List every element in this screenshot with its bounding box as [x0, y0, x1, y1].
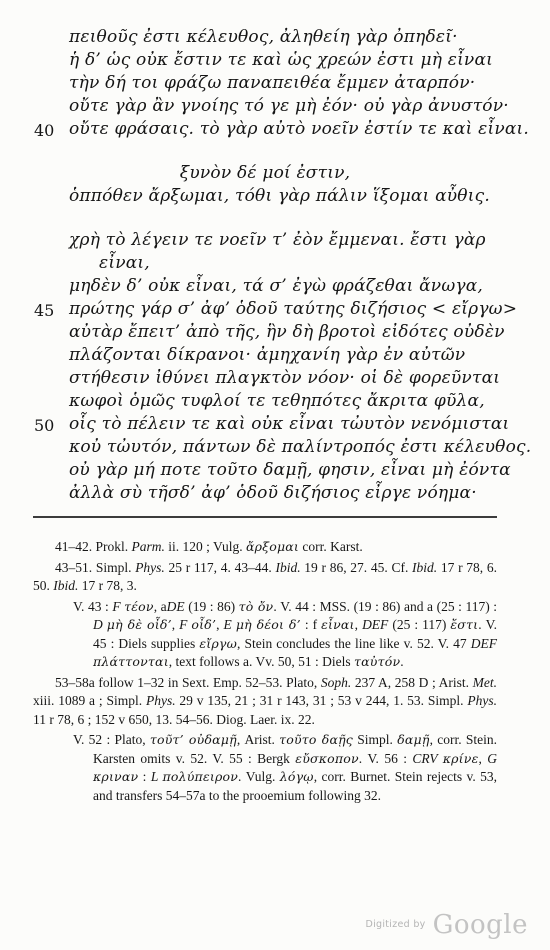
- apparatus-text: . V. 56 :: [359, 751, 413, 766]
- italic-citation-text: Phys.: [467, 693, 497, 708]
- apparatus-text: 19 r 86, 27. 45. Cf.: [301, 560, 412, 575]
- verse-line: οὐ γὰρ μή ποτε τοῦτο δαμῇ, φησιν, εἶναι …: [33, 459, 497, 482]
- verse-line-text: χρὴ τὸ λέγειν τε νοεῖν τ’ ἐὸν ἔμμεναι. ἔ…: [69, 230, 486, 250]
- apparatus-text: 11 r 78, 6 ; 152 v 650, 13. 54–56. Diog.…: [33, 712, 315, 727]
- verse-line: οὔτε γὰρ ἂν γνοίης τό γε μὴ ἐόν· οὐ γὰρ …: [33, 95, 497, 118]
- apparatus-text: .: [400, 654, 403, 669]
- greek-word: τοῦτο δαῇς: [279, 732, 353, 747]
- apparatus-text: V. 43 :: [73, 599, 112, 614]
- apparatus-text: , Stein concludes the line like v. 52. V…: [237, 636, 471, 651]
- greek-word: λόγῳ: [280, 769, 314, 784]
- apparatus-text: 17 r 78, 3.: [78, 578, 137, 593]
- italic-citation-text: DEF: [362, 617, 388, 632]
- verse-line-text: ἡ δ’ ὡς οὐκ ἔστιν τε καὶ ὡς χρεών ἐστι μ…: [69, 50, 493, 70]
- greek-word: τὸ ὄν: [239, 599, 274, 614]
- apparatus-text: V. 52 : Plato,: [73, 732, 150, 747]
- apparatus-text: ,: [355, 617, 362, 632]
- italic-citation-text: F: [112, 599, 124, 614]
- italic-citation-text: CRV: [412, 751, 442, 766]
- apparatus-text: Simpl.: [353, 732, 397, 747]
- verse-line-text: στήθεσιν ἰθύνει πλαγκτὸν νόον· οἱ δὲ φορ…: [69, 368, 500, 388]
- apparatus-text: 43–51. Simpl.: [55, 560, 135, 575]
- verse-line-text: πρώτης γάρ σ’ ἀφ’ ὁδοῦ ταύτης διζήσιος <…: [69, 299, 517, 319]
- greek-word: κριναν: [93, 769, 138, 784]
- apparatus-text: xiii. 1089 a ; Simpl.: [33, 693, 146, 708]
- italic-citation-text: Ibid.: [412, 560, 437, 575]
- apparatus-text: 53–58a follow 1–32 in Sext. Emp. 52–53. …: [55, 675, 321, 690]
- verse-line-text: κοὐ τὠυτόν, πάντων δὲ παλίντροπός ἐστι κ…: [69, 437, 531, 457]
- verse-line: κωφοὶ ὁμῶς τυφλοί τε τεθηπότες ἄκριτα φῦ…: [33, 390, 497, 413]
- italic-citation-text: DE: [167, 599, 185, 614]
- italic-citation-text: DEF: [471, 636, 497, 651]
- greek-word: κρίνε: [443, 751, 479, 766]
- apparatus-note-block: V. 52 : Plato, τοῦτ’ οὐδαμῇ, Arist. τοῦτ…: [93, 731, 497, 805]
- google-logo-text: Google: [433, 910, 528, 940]
- verse-line: αὐτὰρ ἔπειτ’ ἀπὸ τῆς, ἣν δὴ βροτοὶ εἰδότ…: [33, 321, 497, 344]
- apparatus-citation-block: 43–51. Simpl. Phys. 25 r 117, 4. 43–44. …: [33, 559, 497, 596]
- verse-line: στήθεσιν ἰθύνει πλαγκτὸν νόον· οἱ δὲ φορ…: [33, 367, 497, 390]
- verse-line-text: αὐτὰρ ἔπειτ’ ἀπὸ τῆς, ἣν δὴ βροτοὶ εἰδότ…: [69, 322, 505, 342]
- verse-line-text: οὐ γὰρ μή ποτε τοῦτο δαμῇ, φησιν, εἶναι …: [69, 460, 511, 480]
- verse-line-number: 40: [34, 119, 54, 142]
- apparatus-text: 25 r 117, 4. 43–44.: [165, 560, 276, 575]
- digitized-by-text: Digitized by: [365, 919, 425, 930]
- italic-citation-text: Phys.: [146, 693, 176, 708]
- italic-citation-text: Met.: [473, 675, 497, 690]
- greek-word: τοῦτ’ οὐδαμῇ: [150, 732, 237, 747]
- verse-line-text: πλάζονται δίκρανοι· ἀμηχανίη γὰρ ἐν αὐτῶ…: [69, 345, 465, 365]
- verse-line: κοὐ τὠυτόν, πάντων δὲ παλίντροπός ἐστι κ…: [33, 436, 497, 459]
- greek-word: δαμῇ: [397, 732, 429, 747]
- apparatus-note-block: V. 43 : F τέον, aDE (19 : 86) τὸ ὄν. V. …: [93, 598, 497, 672]
- italic-citation-text: Ibid.: [275, 560, 300, 575]
- italic-citation-text: Ibid.: [53, 578, 78, 593]
- apparatus-citation-block: 41–42. Prokl. Parm. ii. 120 ; Vulg. ἄρξο…: [33, 538, 497, 557]
- italic-citation-text: D: [93, 617, 107, 632]
- verse-line: χρὴ τὸ λέγειν τε νοεῖν τ’ ἐὸν ἔμμεναι. ἔ…: [33, 229, 497, 252]
- apparatus-text: (25 : 117): [388, 617, 450, 632]
- verse-line-text: οὔτε γὰρ ἂν γνοίης τό γε μὴ ἐόν· οὐ γὰρ …: [69, 96, 509, 116]
- apparatus-text: . V. 44 : MSS. (19 : 86) and a (25 : 117…: [273, 599, 497, 614]
- greek-word: τέον: [124, 599, 154, 614]
- apparatus-text: 41–42. Prokl.: [55, 539, 132, 554]
- greek-word: εὔσκοπον: [295, 751, 359, 766]
- greek-word: εἶναι: [321, 617, 355, 632]
- apparatus-text: ,: [216, 617, 223, 632]
- verse-line-text: τὴν δή τοι φράζω παναπειθέα ἔμμεν ἀταρπό…: [69, 73, 475, 93]
- apparatus-text: :: [138, 769, 151, 784]
- apparatus-text: ii. 120 ; Vulg.: [165, 539, 246, 554]
- italic-citation-text: E: [224, 617, 236, 632]
- verse-line-text: πειθοῦς ἐστι κέλευθος, ἀληθείη γὰρ ὀπηδε…: [69, 27, 458, 47]
- greek-word: ταὐτόν: [354, 654, 400, 669]
- verse-line-text: οἷς τὸ πέλειν τε καὶ οὐκ εἶναι τὠυτὸν νε…: [69, 414, 509, 434]
- verse-line: τὴν δή τοι φράζω παναπειθέα ἔμμεν ἀταρπό…: [33, 72, 497, 95]
- italic-citation-text: G: [487, 751, 497, 766]
- italic-citation-text: Phys.: [135, 560, 165, 575]
- greek-word: οἶδ’: [191, 617, 216, 632]
- verse-line: εἶναι,: [33, 252, 497, 275]
- verse-line-text: εἶναι,: [99, 253, 150, 273]
- greek-word: εἴργω: [199, 636, 237, 651]
- verse-line-text: ξυνὸν δέ μοί ἐστιν,: [180, 163, 350, 183]
- verse-line-number: 50: [34, 414, 54, 437]
- italic-citation-text: L: [151, 769, 163, 784]
- apparatus-text: corr. Karst.: [299, 539, 363, 554]
- greek-word: πλάττονται: [93, 654, 169, 669]
- italic-citation-text: Parm.: [132, 539, 165, 554]
- apparatus-text: , Arist.: [237, 732, 279, 747]
- apparatus-citation-block: 53–58a follow 1–32 in Sext. Emp. 52–53. …: [33, 674, 497, 730]
- scanned-book-page: πειθοῦς ἐστι κέλευθος, ἀληθείη γὰρ ὀπηδε…: [0, 0, 550, 950]
- apparatus-text: 29 v 135, 21 ; 31 r 143, 31 ; 53 v 244, …: [176, 693, 468, 708]
- apparatus-text: : f: [301, 617, 321, 632]
- italic-citation-text: F: [179, 617, 191, 632]
- italic-citation-text: Soph.: [321, 675, 351, 690]
- greek-word: ἔστι: [450, 617, 478, 632]
- verse-line: 40οὔτε φράσαις. τὸ γὰρ αὐτὸ νοεῖν ἐστίν …: [33, 118, 497, 141]
- verse-line-text: οὔτε φράσαις. τὸ γὰρ αὐτὸ νοεῖν ἐστίν τε…: [69, 119, 529, 139]
- critical-apparatus: 41–42. Prokl. Parm. ii. 120 ; Vulg. ἄρξο…: [33, 538, 497, 807]
- verse-line: 45πρώτης γάρ σ’ ἀφ’ ὁδοῦ ταύτης διζήσιος…: [33, 298, 497, 321]
- greek-word: ἄρξομαι: [246, 539, 299, 554]
- apparatus-text: , text follows a. Vv. 50, 51 : Diels: [169, 654, 354, 669]
- verse-line: μηδὲν δ’ οὐκ εἶναι, τά σ’ ἐγὼ φράζεθαι ἄ…: [33, 275, 497, 298]
- verse-line: πειθοῦς ἐστι κέλευθος, ἀληθείη γὰρ ὀπηδε…: [33, 26, 497, 49]
- greek-word: πολύπειρον: [162, 769, 238, 784]
- verse-line: πλάζονται δίκρανοι· ἀμηχανίη γὰρ ἐν αὐτῶ…: [33, 344, 497, 367]
- verse-line: ἀλλὰ σὺ τῆσδ’ ἀφ’ ὁδοῦ διζήσιος εἶργε νό…: [33, 482, 497, 505]
- verse-line-text: κωφοὶ ὁμῶς τυφλοί τε τεθηπότες ἄκριτα φῦ…: [69, 391, 485, 411]
- verse-line-text: ὁππόθεν ἄρξωμαι, τόθι γὰρ πάλιν ἵξομαι α…: [69, 186, 490, 206]
- verse-line-number: 45: [34, 299, 54, 322]
- verse-line: ἡ δ’ ὡς οὐκ ἔστιν τε καὶ ὡς χρεών ἐστι μ…: [33, 49, 497, 72]
- greek-word: μὴ δὲ οἶδ’: [107, 617, 172, 632]
- apparatus-text: (19 : 86): [185, 599, 239, 614]
- apparatus-text: , a: [154, 599, 167, 614]
- apparatus-text: . Vulg.: [238, 769, 280, 784]
- greek-verse-block: πειθοῦς ἐστι κέλευθος, ἀληθείη γὰρ ὀπηδε…: [33, 26, 497, 505]
- verse-line-text: μηδὲν δ’ οὐκ εἶναι, τά σ’ ἐγὼ φράζεθαι ἄ…: [69, 276, 483, 296]
- verse-line: ὁππόθεν ἄρξωμαι, τόθι γὰρ πάλιν ἵξομαι α…: [33, 185, 497, 208]
- apparatus-separator-rule: [33, 516, 497, 518]
- verse-line: 50οἷς τὸ πέλειν τε καὶ οὐκ εἶναι τὠυτὸν …: [33, 413, 497, 436]
- verse-line: ξυνὸν δέ μοί ἐστιν,: [33, 162, 497, 185]
- google-watermark: Digitized byGoogle: [365, 910, 528, 940]
- verse-line-text: ἀλλὰ σὺ τῆσδ’ ἀφ’ ὁδοῦ διζήσιος εἶργε νό…: [69, 483, 477, 503]
- greek-word: μὴ δέοι δ’: [236, 617, 301, 632]
- apparatus-text: ,: [478, 751, 487, 766]
- apparatus-text: 237 A, 258 D ; Arist.: [351, 675, 472, 690]
